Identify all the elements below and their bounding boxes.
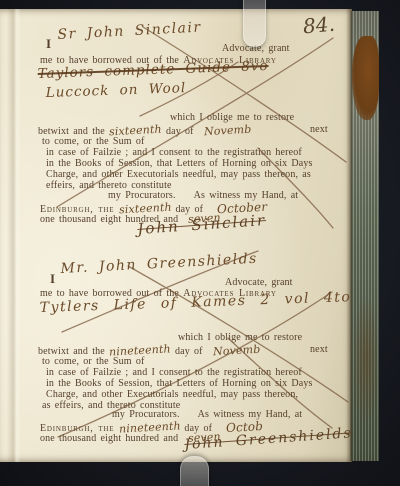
form2-year-text: one thousand eight hundred and	[40, 433, 178, 444]
form1-witness-line: my Procurators.As witness my Hand, at	[108, 190, 298, 201]
form1-witness-label: As witness my Hand, at	[194, 190, 299, 201]
form1-oblige-line: which I oblige me to restore	[170, 112, 294, 123]
form2-oblige-line: which I oblige me to restore	[178, 332, 302, 343]
form1-day-of-label: day of	[166, 126, 194, 137]
form2-witness-label: As witness my Hand, at	[198, 409, 303, 420]
form2-sum-line: to come, or the Sum of	[42, 356, 144, 367]
form1-failzie-line1: in case of Failzie ; and I consent to th…	[46, 147, 302, 158]
leather-binding-shadow	[354, 300, 378, 420]
page-holder-strip-bottom	[180, 456, 209, 486]
form2-witness-line: my Procurators.As witness my Hand, at	[112, 409, 302, 420]
form2-next-label: next	[310, 344, 328, 355]
leather-binding-corner	[352, 36, 379, 120]
form2-failzie-line3: Charge, and other Executorials needful, …	[46, 389, 298, 400]
page-edge-shadow	[346, 9, 352, 462]
form1-failzie-line2: in the Books of Session, that Letters of…	[46, 158, 313, 169]
form2-failzie-line1: in case of Failzie ; and I consent to th…	[46, 367, 302, 378]
form2-procurators-label: my Procurators.	[112, 409, 180, 420]
form1-opening-i: I	[46, 36, 51, 52]
form1-next-label: next	[310, 124, 328, 135]
form2-restore-month: Novemb	[212, 343, 260, 358]
page-holder-strip-top	[243, 0, 266, 47]
form2-day-of-label: day of	[175, 346, 203, 357]
form1-procurators-label: my Procurators.	[108, 190, 176, 201]
form1-restore-month: Novemb	[203, 123, 251, 138]
page-gutter-crease	[7, 9, 21, 462]
form1-sum-line: to come, or the Sum of	[42, 136, 144, 147]
form1-failzie-line3: Charge, and other Executorials needful, …	[46, 169, 311, 180]
folio-number: 84.	[302, 12, 336, 39]
form2-failzie-line2: in the Books of Session, that Letters of…	[46, 378, 313, 389]
form2-opening-i: I	[50, 271, 55, 287]
form2-grant-suffix: Advocate, grant	[225, 277, 293, 288]
book-photo: 84. I Sr John Sinclair Advocate, grant m…	[0, 0, 400, 486]
